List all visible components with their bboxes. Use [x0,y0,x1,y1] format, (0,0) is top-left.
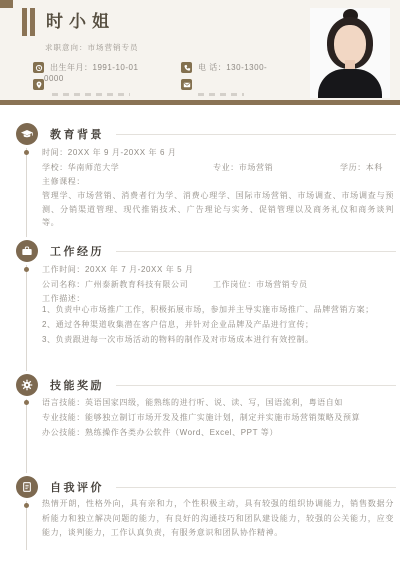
work-item: 2、通过各种渠道收集潜在客户信息，并针对企业品牌及产品进行宣传； [42,319,314,330]
accent-bar [22,8,27,36]
section-title-education: 教育背景 [50,126,104,142]
mail-icon [181,79,192,90]
clipped-text-marks [198,93,244,96]
work-desc-label: 工作描述： [42,293,85,304]
job-intent: 求职意向：市场营销专员 [45,42,139,53]
clock-icon [33,62,44,73]
work-company: 公司名称：广州泰新教育科技有限公司 [42,279,188,290]
section-rule [116,487,396,488]
photo-face [334,25,366,65]
education-courses-label: 主修课程： [42,176,85,187]
name-block: 时小姐 [22,8,115,36]
phone-text: 电 话：130-1300- [198,62,267,73]
section-rule [116,385,396,386]
phone-wrap-text: 0000 [44,74,64,83]
accent-bar [30,8,35,36]
graduation-cap-icon [16,123,38,145]
section-rule [116,251,396,252]
section-title-evaluation: 自我评价 [50,479,104,495]
skill-item: 办公技能：熟练操作各类办公软件（Word、Excel、PPT 等） [42,427,278,438]
birth-date-text: 出生年月：1991-10-01 [50,62,138,73]
phone-icon [181,62,192,73]
skill-item: 专业技能：能够独立制订市场开发及推广实施计划，制定并实施市场营销策略及预算 [42,412,360,423]
resume-page: 时小姐 求职意向：市场营销专员 出生年月：1991-10-01 电 话：130-… [0,0,400,565]
photo-torso [318,69,382,98]
evaluation-text: 热情开朗，性格外向，具有亲和力，个性积极主动，具有较强的组织协调能力，销售数据分… [42,497,394,541]
corner-accent [0,0,13,8]
birth-date-item: 出生年月：1991-10-01 [33,62,138,73]
location-pin-icon [33,79,44,90]
timeline-dot [24,267,29,272]
education-time: 时间：20XX 年 9 月-20XX 年 6 月 [42,147,176,158]
id-photo [310,8,390,98]
section-rule [116,134,396,135]
work-position: 工作岗位：市场营销专员 [213,279,308,290]
header: 时小姐 求职意向：市场营销专员 出生年月：1991-10-01 电 话：130-… [0,0,400,100]
section-title-skills: 技能奖励 [50,377,104,393]
timeline-dot [24,150,29,155]
education-school: 学校：华南师范大学 [42,162,119,173]
candidate-name: 时小姐 [46,8,115,36]
education-courses: 管理学、市场营销、消费者行为学、消费心理学、国际市场营销、市场调查、市场调查与预… [42,189,394,230]
profile-document-icon [16,476,38,498]
gear-icon [16,374,38,396]
section-title-work: 工作经历 [50,243,104,259]
work-item: 1、负责中心市场推广工作，积极拓展市场，参加并主导实施市场推广、品牌营销方案； [42,304,374,315]
skill-item: 语言技能：英语国家四级，能熟练的进行听、说、读、写，国语流利，粤语自如 [42,397,343,408]
header-divider-bar [0,100,400,105]
address-item [33,79,44,90]
timeline-dot [24,503,29,508]
briefcase-icon [16,240,38,262]
work-time: 工作时间：20XX 年 7 月-20XX 年 5 月 [42,264,194,275]
education-degree: 学历：本科 [340,162,383,173]
mail-item [181,79,192,90]
timeline-dot [24,400,29,405]
education-major: 专业：市场营销 [213,162,273,173]
phone-item: 电 话：130-1300- [181,62,267,73]
clipped-text-marks [52,93,130,96]
work-item: 3、负责跟进每一次市场活动的物料的制作及对市场成本进行有效控制。 [42,334,314,345]
